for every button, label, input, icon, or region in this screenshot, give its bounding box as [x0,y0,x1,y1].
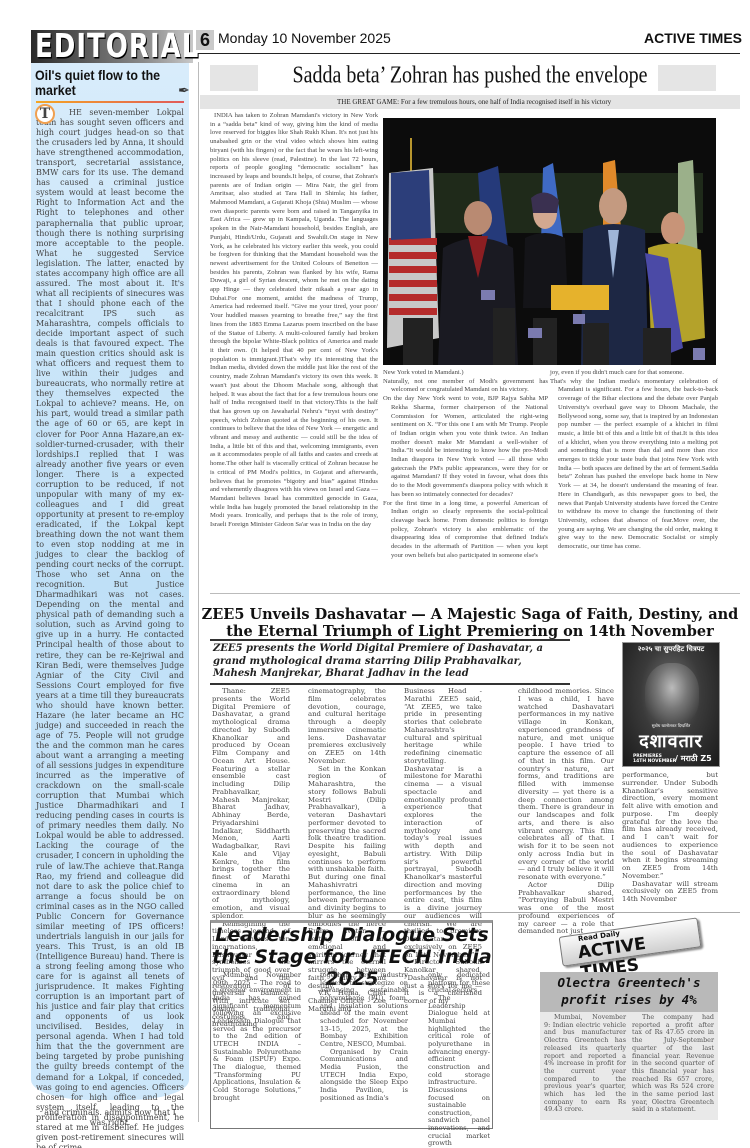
article-paragraph: That's why the Indian media's momentary … [550,378,718,552]
section-divider [210,593,740,594]
column-divider [198,62,199,1122]
article-paragraph: The company had reported a profit after … [632,1014,714,1114]
utech-column-3: only dedicated platform for these crucia… [428,972,490,1148]
banner-letter: T [87,28,106,66]
article-paragraph: cinematography, the film celebrates devo… [308,688,386,766]
header-divider [196,53,740,54]
poster-premiere: PREMIERES 14TH NOVEMBER [633,754,676,764]
article-paragraph: Naturally, not one member of Modi's gove… [383,378,548,395]
editorial-headline: Oil's quiet flow to the market [35,68,173,98]
article-paragraph: joy, even if you didn't much care for th… [550,369,718,378]
zee5-column-4: childhood memories. Since I was a child,… [518,688,614,936]
banner-letter: E [35,28,54,66]
section-divider [210,912,740,913]
editorial-banner: E D I T O R I A L [31,30,193,63]
article-paragraph: Thane: ZEE5 presents the World Digital P… [212,688,290,921]
banner-letter: I [150,28,161,66]
banner-letter: O [106,28,129,66]
editorial-ending: and criminals. admits now that I was rig… [36,1108,184,1128]
poster-channel-logo: / मराठी Z5 [675,753,712,764]
banner-letter: I [76,28,87,66]
issue-date: Monday 10 November 2025 [218,30,391,46]
utech-column-1: Mumbai, November 09th, 2025 – The road t… [213,972,301,1102]
editorial-body: HE seven-member Lokpal team has sought s… [36,108,184,1148]
article-column-3: joy, even if you didn't much care for th… [550,369,718,552]
photo-illustration [383,118,716,365]
article-paragraph: INDIA has taken to Zohran Mamdani's vict… [210,112,378,530]
olectra-headline: Olectra Greentech's profit rises by 4% [540,974,718,1008]
banner-letter: D [54,28,77,66]
article-column-2: New York voted in Mamdani.) Naturally, n… [383,369,548,560]
banner-letter: L [182,28,200,66]
article-paragraph: childhood memories. Since I was a child,… [518,688,614,882]
headline-underline [36,101,184,103]
masthead-brand: ACTIVE TIMES [644,30,742,46]
article-paragraph: Mumbai, November 9: Indian electric vehi… [544,1014,626,1114]
article-paragraph: The Leadership Dialogue held at Mumbai h… [428,995,490,1148]
article-paragraph: For the first time in a long time, a pow… [383,500,548,561]
article-paragraph: together key industry leaders to strateg… [320,972,408,1049]
article-paragraph: Actor Dilip Prabhavalkar shared, “Portra… [518,882,614,936]
quill-pen-icon: ✒ [178,83,190,99]
article-paragraph: Business Head - Marathi ZEE5 said, “At Z… [404,688,482,959]
poster-face-image [645,663,699,725]
deck-rule-bottom [210,683,570,685]
poster-tagline: २०२५ चा सुपरहिट चित्रपट [623,645,719,654]
article-paragraph: New York voted in Mamdani.) [383,369,548,378]
olectra-column-1: Mumbai, November 9: Indian electric vehi… [544,1014,626,1114]
article-paragraph: performance, but surrender. Under Subodh… [622,772,718,881]
zee5-headline: ZEE5 Unveils Dashavatar — A Majestic Sag… [200,606,740,640]
olectra-column-2: The company had reported a profit after … [632,1014,714,1114]
poster-premiere-date: 14TH NOVEMBER [633,759,676,764]
dashavatar-poster: २०२५ चा सुपरहिट चित्रपट सुबोध खानोलकर दि… [622,642,720,767]
banner-letter: R [129,28,150,66]
poster-title: दशावतार [623,729,719,753]
article-paragraph: only dedicated platform for these crucia… [428,972,490,995]
article-paragraph: Mumbai, November 09th, 2025 – The road t… [213,972,301,1102]
article-paragraph: Organised by Crain Communications and Me… [320,1049,408,1103]
victory-stage-photo [383,118,716,365]
article-paragraph: Dashavatar will stream exclusively on ZE… [622,881,718,904]
banner-letter: A [161,28,182,66]
article-kicker: THE GREAT GAME: For a few tremulous hour… [200,95,740,109]
article-column-1: INDIA has taken to Zohran Mamdani's vict… [210,112,378,530]
zee5-deck: ZEE5 presents the World Digital Premiere… [213,643,568,681]
utech-column-2: together key industry leaders to strateg… [320,972,408,1102]
dropcap-t: T [35,104,55,124]
zee5-column-5: performance, but surrender. Under Subodh… [622,772,718,904]
deck-rule-top [210,639,570,641]
article-headline: Sadda beta’ Zohran has pushed the envelo… [200,62,740,90]
article-paragraph: On the day New York went to vote, BJP Ra… [383,395,548,499]
